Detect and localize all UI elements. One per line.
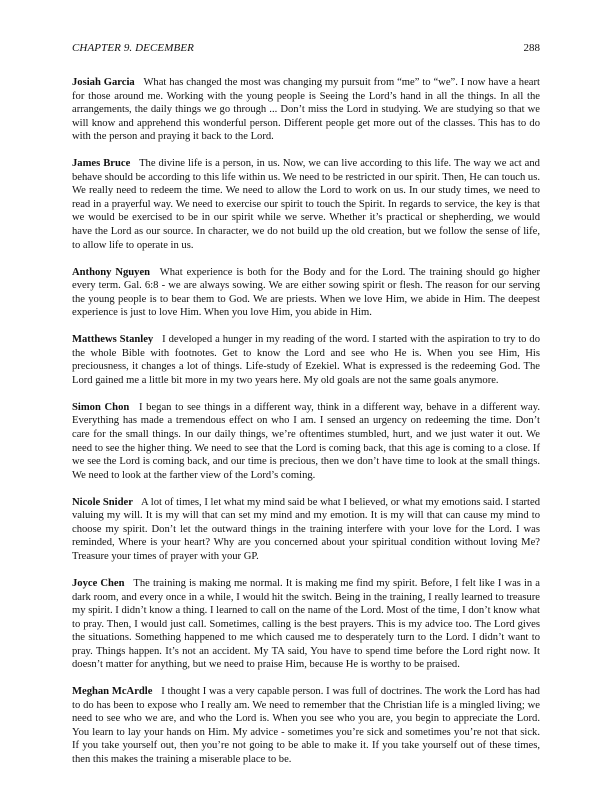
testimony-entry: Simon Chon I began to see things in a di… xyxy=(72,401,540,482)
testimony-text: The training is making me normal. It is … xyxy=(72,578,540,670)
testimony-entry: Joyce Chen The training is making me nor… xyxy=(72,577,540,672)
testimony-text: I thought I was a very capable person. I… xyxy=(72,686,540,765)
speaker-name: Matthews Stanley xyxy=(72,334,153,345)
document-page: CHAPTER 9. DECEMBER 288 Josiah Garcia Wh… xyxy=(72,42,540,780)
chapter-title: CHAPTER 9. DECEMBER xyxy=(72,42,194,54)
running-header: CHAPTER 9. DECEMBER 288 xyxy=(72,42,540,58)
testimony-entry: Anthony Nguyen What experience is both f… xyxy=(72,266,540,320)
speaker-name: Josiah Garcia xyxy=(72,77,135,88)
testimony-entry: James Bruce The divine life is a person,… xyxy=(72,157,540,252)
speaker-name: Anthony Nguyen xyxy=(72,267,150,278)
speaker-name: James Bruce xyxy=(72,158,130,169)
testimony-text: A lot of times, I let what my mind said … xyxy=(72,497,540,562)
testimony-entry: Matthews Stanley I developed a hunger in… xyxy=(72,333,540,387)
testimony-text: The divine life is a person, in us. Now,… xyxy=(72,158,540,250)
testimonies: Josiah Garcia What has changed the most … xyxy=(72,76,540,767)
speaker-name: Joyce Chen xyxy=(72,578,125,589)
page-number: 288 xyxy=(524,42,541,54)
testimony-entry: Nicole Snider A lot of times, I let what… xyxy=(72,496,540,564)
speaker-name: Meghan McArdle xyxy=(72,686,152,697)
speaker-name: Simon Chon xyxy=(72,402,129,413)
testimony-entry: Josiah Garcia What has changed the most … xyxy=(72,76,540,144)
testimony-text: What has changed the most was changing m… xyxy=(72,77,540,142)
testimony-text: I began to see things in a different way… xyxy=(72,402,540,481)
testimony-entry: Meghan McArdle I thought I was a very ca… xyxy=(72,685,540,766)
speaker-name: Nicole Snider xyxy=(72,497,133,508)
